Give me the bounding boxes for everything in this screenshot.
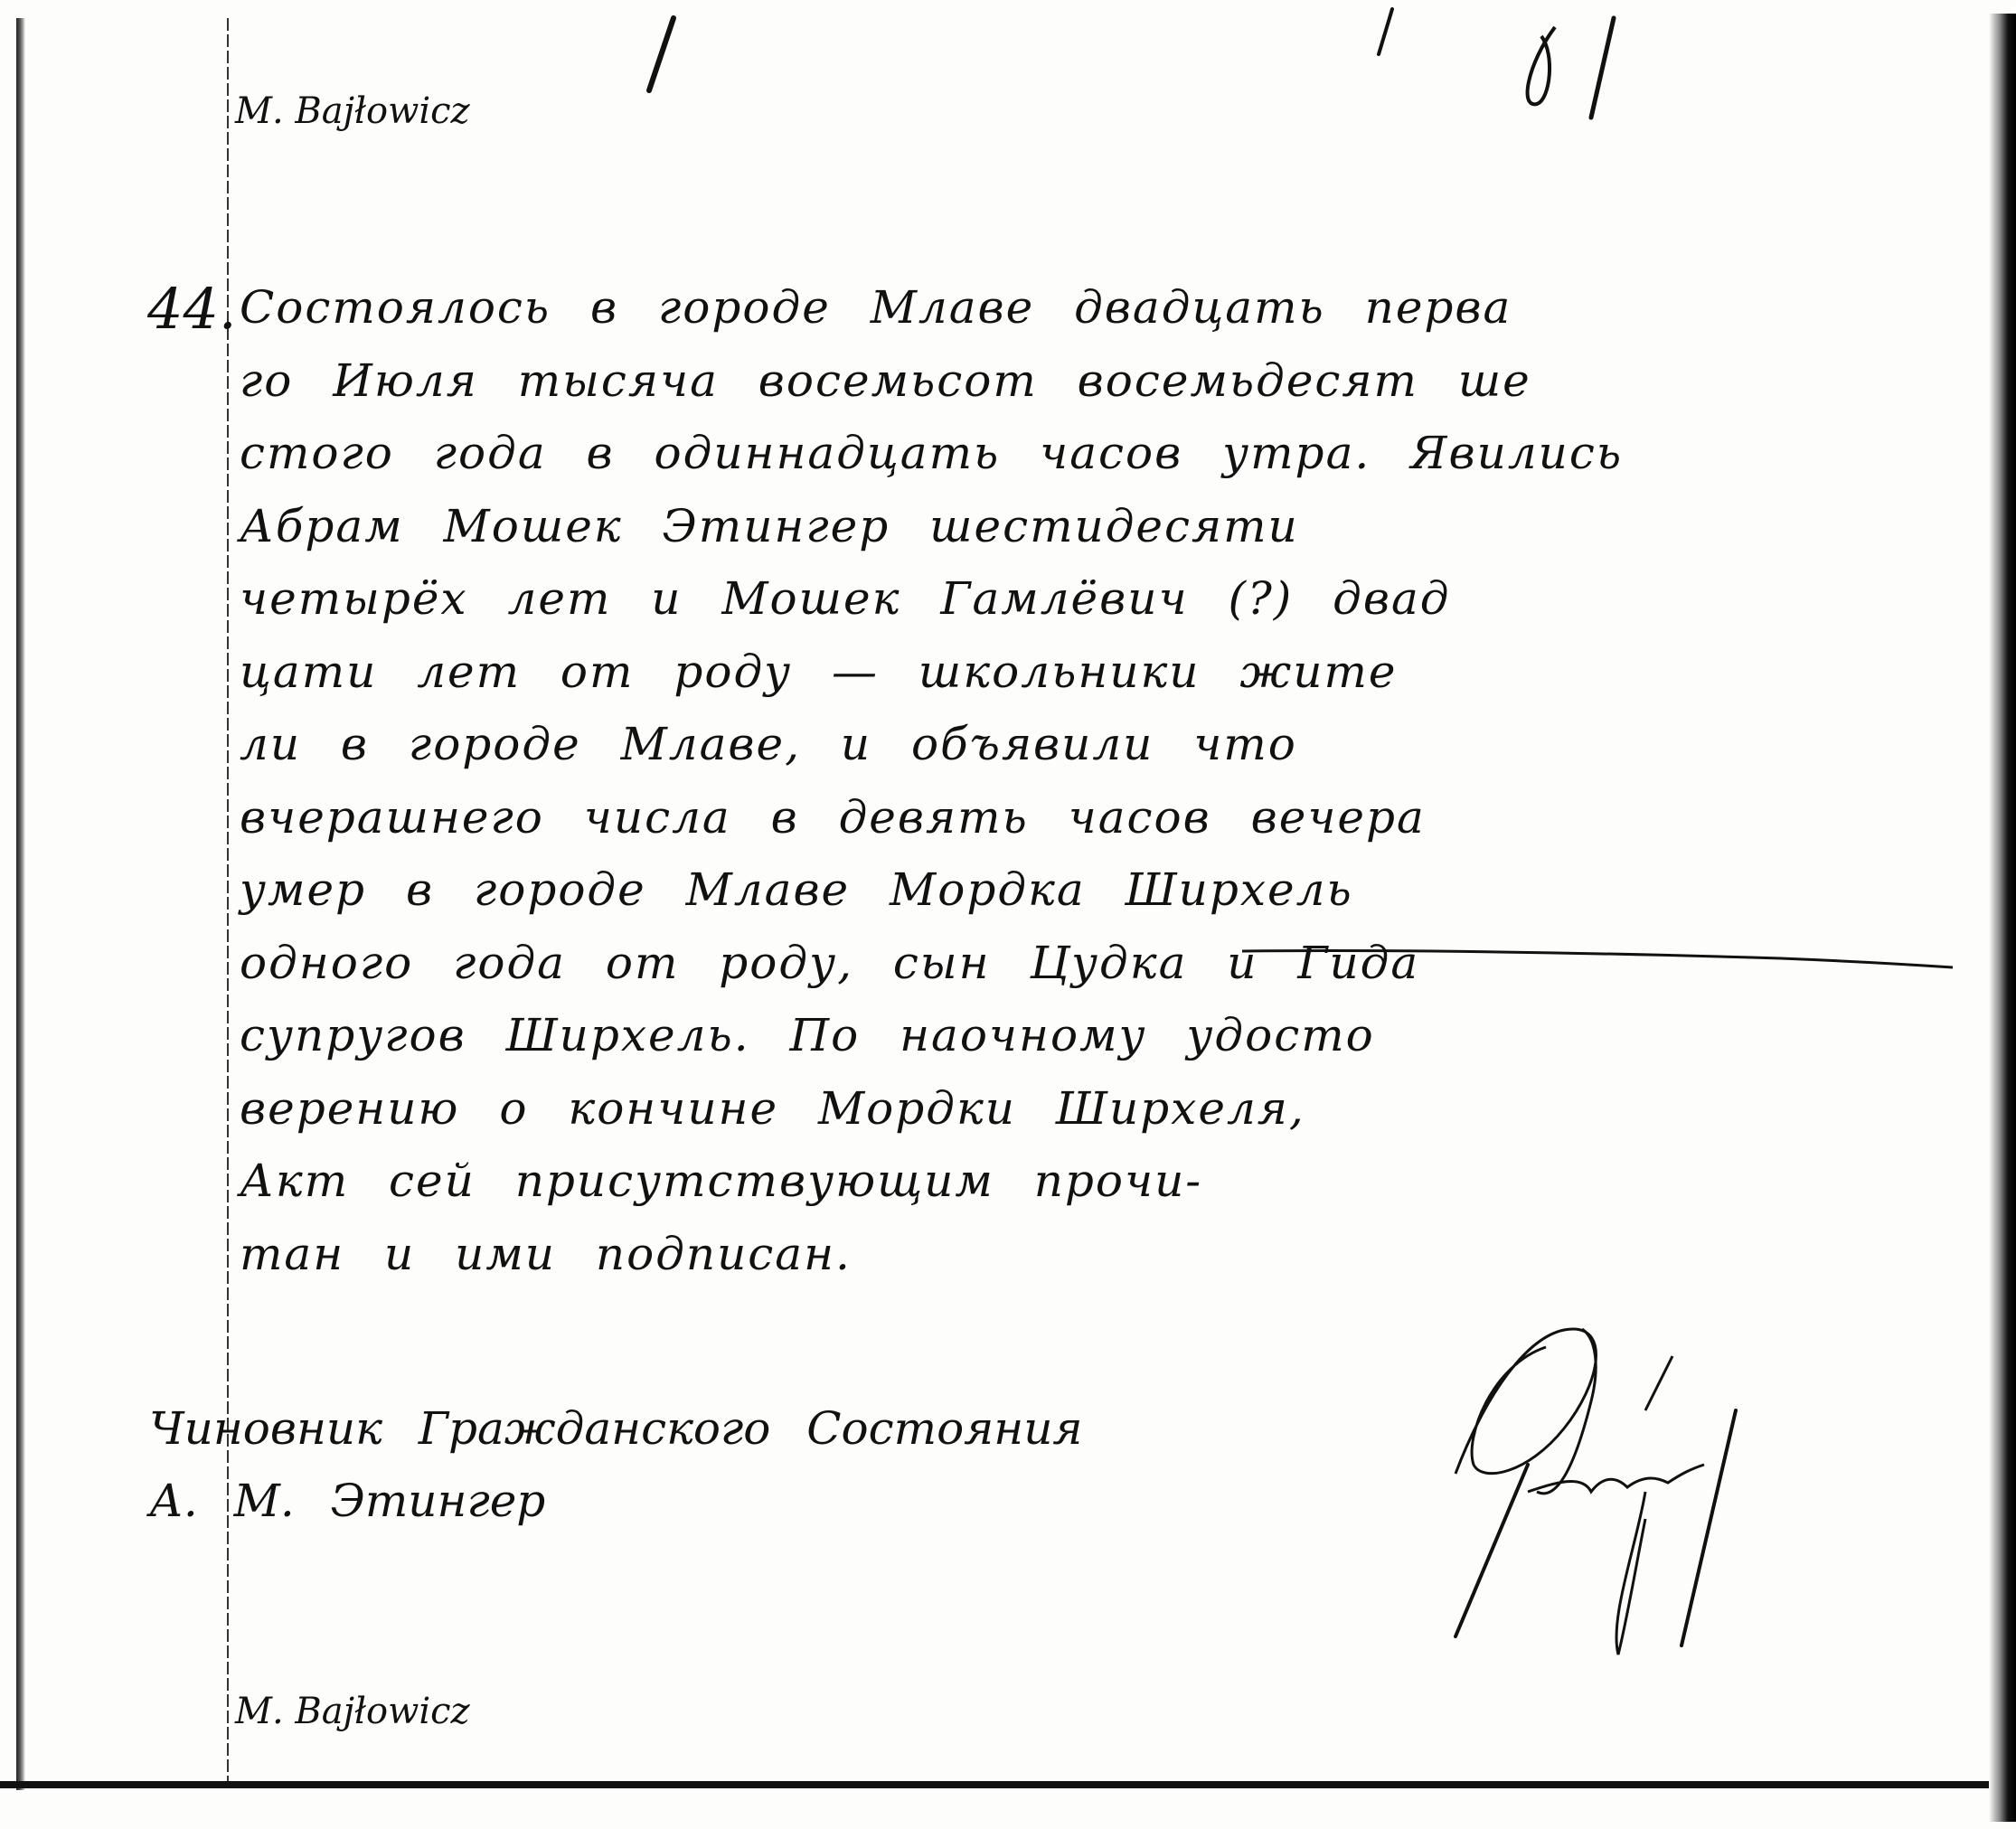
record-line: тан и ими подписан.: [240, 1218, 1939, 1291]
record-line: Состоялось в городе Млаве двадцать перва: [240, 271, 1939, 344]
record-text: Состоялось в городе Млаве двадцать перва…: [240, 271, 1939, 1290]
record-line: Акт сей присутствующим прочи-: [240, 1145, 1939, 1218]
record-line: вчерашнего числа в девять часов вечера: [240, 781, 1939, 854]
record-line: Абрам Мошек Этингер шестидесяти: [240, 490, 1939, 563]
registrar-title: Чиновник Гражданского Состояния: [149, 1392, 1083, 1465]
page-binding-edge: [16, 18, 25, 1790]
officer-signature: [1347, 1293, 1853, 1673]
deceased-name-underline: [1239, 940, 1962, 976]
record-line: четырёх лет и Мошек Гамлёвич (?) двад: [240, 562, 1939, 636]
record-line: го Июля тысяча восемьсот восемьдесят ше: [240, 344, 1939, 418]
page-right-edge: [1989, 14, 2016, 1822]
page-bottom-edge: [0, 1781, 1989, 1788]
record-line: цати лет от роду — школьники жите: [240, 636, 1939, 709]
document-page: M. Bajłowicz 44. Состоялось в городе Мла…: [0, 0, 2016, 1829]
record-line-text: умер в городе Млаве Мордка Ширхель: [240, 863, 1353, 916]
registrar-name: А. М. Этингер: [149, 1465, 1083, 1537]
record-line-deceased: умер в городе Млаве Мордка Ширхель: [240, 853, 1939, 927]
margin-annotation-top: M. Bajłowicz: [235, 90, 470, 132]
record-line: стого года в одиннадцать часов утра. Яви…: [240, 417, 1939, 490]
registrar-closing: Чиновник Гражданского Состояния А. М. Эт…: [149, 1392, 1083, 1537]
entry-number: 44.: [147, 276, 237, 342]
margin-annotation-bottom: M. Bajłowicz: [235, 1691, 470, 1732]
record-line: супругов Ширхель. По наочному удосто: [240, 999, 1939, 1072]
record-line: верению о кончине Мордки Ширхеля,: [240, 1072, 1939, 1145]
record-line: ли в городе Млаве, и объявили что: [240, 708, 1939, 781]
